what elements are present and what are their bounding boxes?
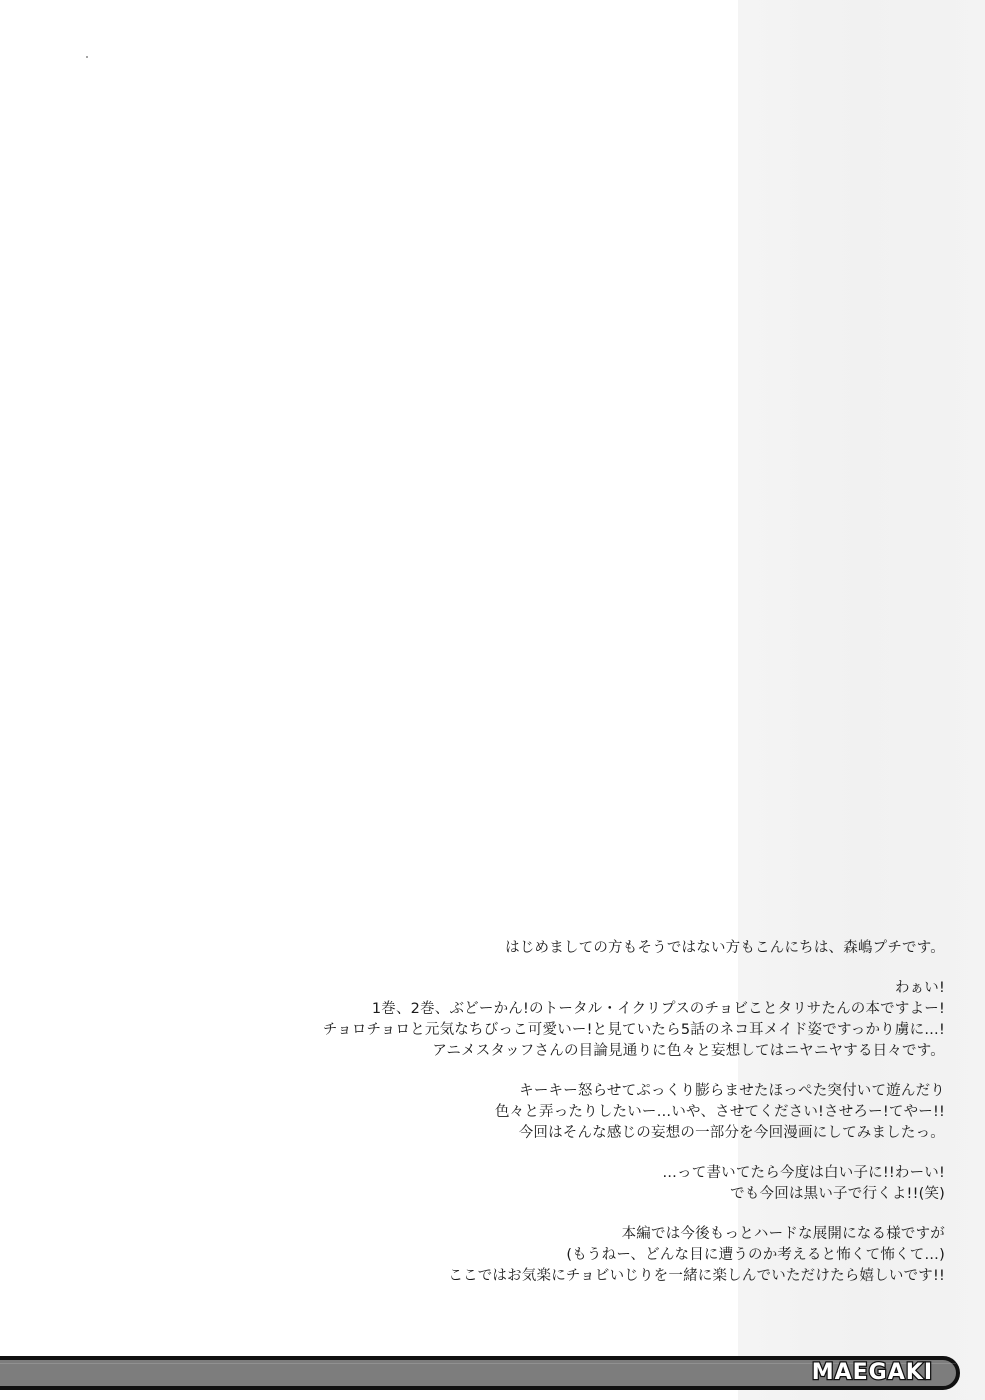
paragraph-aside: …って書いてたら今度は白い子に!!わーい! でも今回は黒い子で行くよ!!(笑) [245,1163,945,1205]
text-line: 1巻、2巻、ぶどーかん!のトータル・イクリプスのチョビことタリサたんの本ですよー… [245,999,945,1020]
text-line: キーキー怒らせてぷっくり膨らませたほっぺた突付いて遊んだり [245,1081,945,1102]
afterword-text: はじめましての方もそうではない方もこんにちは、森嶋プチです。 わぁい! 1巻、2… [245,938,945,1306]
section-title-maegaki: MAEGAKI [812,1356,933,1390]
paragraph-greeting: はじめましての方もそうではない方もこんにちは、森嶋プチです。 [245,938,945,959]
text-line: ここではお気楽にチョビいじりを一緒に楽しんでいただけたら嬉しいです!! [245,1266,945,1287]
paragraph-fantasy: キーキー怒らせてぷっくり膨らませたほっぺた突付いて遊んだり 色々と弄ったりしたい… [245,1081,945,1144]
text-line: でも今回は黒い子で行くよ!!(笑) [245,1184,945,1205]
text-line: アニメスタッフさんの目論見通りに色々と妄想してはニヤニヤする日々です。 [245,1041,945,1062]
text-line: 色々と弄ったりしたいー…いや、させてください!させろー!てやー!! [245,1102,945,1123]
scan-speck [86,56,88,58]
manga-page: はじめましての方もそうではない方もこんにちは、森嶋プチです。 わぁい! 1巻、2… [0,0,985,1400]
text-line: チョロチョロと元気なちびっこ可愛いー!と見ていたら5話のネコ耳メイド姿ですっかり… [245,1020,945,1041]
text-line: (もうねー、どんな目に遭うのか考えると怖くて怖くて…) [245,1245,945,1266]
text-line: 今回はそんな感じの妄想の一部分を今回漫画にしてみましたっ。 [245,1123,945,1144]
text-line: 本編では今後もっとハードな展開になる様ですが [245,1224,945,1245]
paragraph-closing: 本編では今後もっとハードな展開になる様ですが (もうねー、どんな目に遭うのか考え… [245,1224,945,1287]
text-line: …って書いてたら今度は白い子に!!わーい! [245,1163,945,1184]
text-line: はじめましての方もそうではない方もこんにちは、森嶋プチです。 [245,938,945,959]
text-line: わぁい! [245,978,945,999]
paragraph-intro: わぁい! 1巻、2巻、ぶどーかん!のトータル・イクリプスのチョビことタリサたんの… [245,978,945,1062]
